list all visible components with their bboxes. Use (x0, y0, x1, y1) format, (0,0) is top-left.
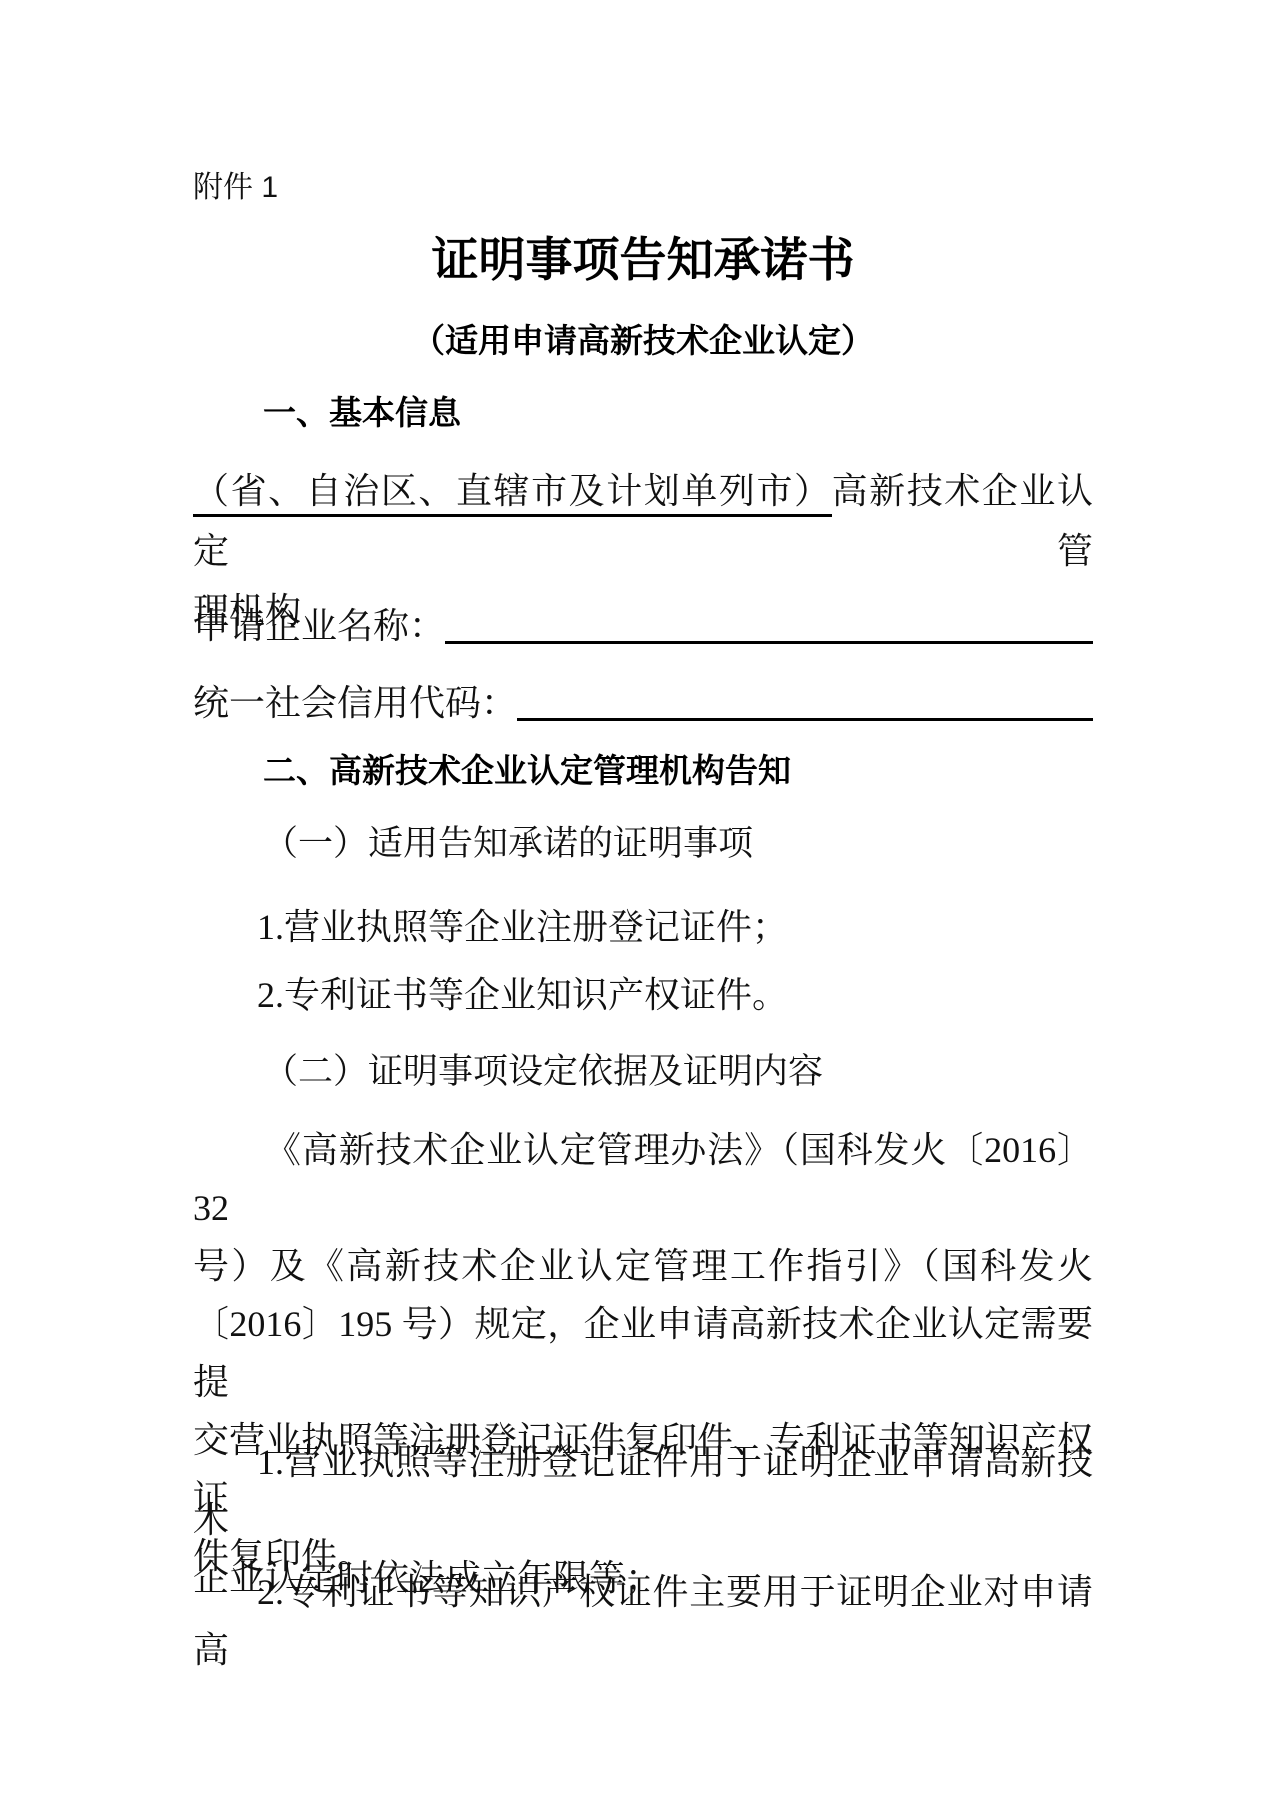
company-name-blank[interactable] (445, 602, 1093, 644)
subsection-heading-applicable-items: （一）适用告知承诺的证明事项 (193, 822, 1093, 866)
license-line: 1.营业执照等注册登记证件用于证明企业申请高新技术 (193, 1433, 1093, 1549)
basis-line: 〔2016〕195 号）规定，企业申请高新技术企业认定需要提 (193, 1295, 1093, 1411)
certification-item-2: 2.专利证书等企业知识产权证件。 (193, 966, 1093, 1024)
page-subtitle: （适用申请高新技术企业认定） (193, 320, 1093, 362)
attachment-label: 附件 1 (193, 170, 1093, 206)
company-name-label: 申请企业名称： (193, 602, 445, 650)
company-name-field: 申请企业名称： (193, 602, 1093, 650)
credit-code-label: 统一社会信用代码： (193, 679, 517, 727)
section-heading-authority-notify: 二、高新技术企业认定管理机构告知 (193, 750, 1093, 792)
document-page: 附件 1 证明事项告知承诺书 （适用申请高新技术企业认定） 一、基本信息 （省、… (0, 0, 1280, 1810)
section-heading-basic-info: 一、基本信息 (193, 392, 1093, 434)
basis-line: 号）及《高新技术企业认定管理工作指引》（国科发火 (193, 1237, 1093, 1295)
org-region-underlined-blank: （省、自治区、直辖市及计划单列市） (193, 471, 832, 517)
credit-code-blank[interactable] (517, 679, 1093, 721)
basis-line: 《高新技术企业认定管理办法》（国科发火〔2016〕32 (193, 1121, 1093, 1237)
credit-code-field: 统一社会信用代码： (193, 679, 1093, 727)
page-title: 证明事项告知承诺书 (193, 232, 1093, 288)
certification-item-1: 1.营业执照等企业注册登记证件； (193, 898, 1093, 956)
subsection-heading-basis-content: （二）证明事项设定依据及证明内容 (193, 1050, 1093, 1094)
patent-purpose-paragraph: 2.专利证书等知识产权证件主要用于证明企业对申请高 (193, 1563, 1093, 1679)
org-line-1: （省、自治区、直辖市及计划单列市）高新技术企业认定管 (193, 461, 1093, 581)
